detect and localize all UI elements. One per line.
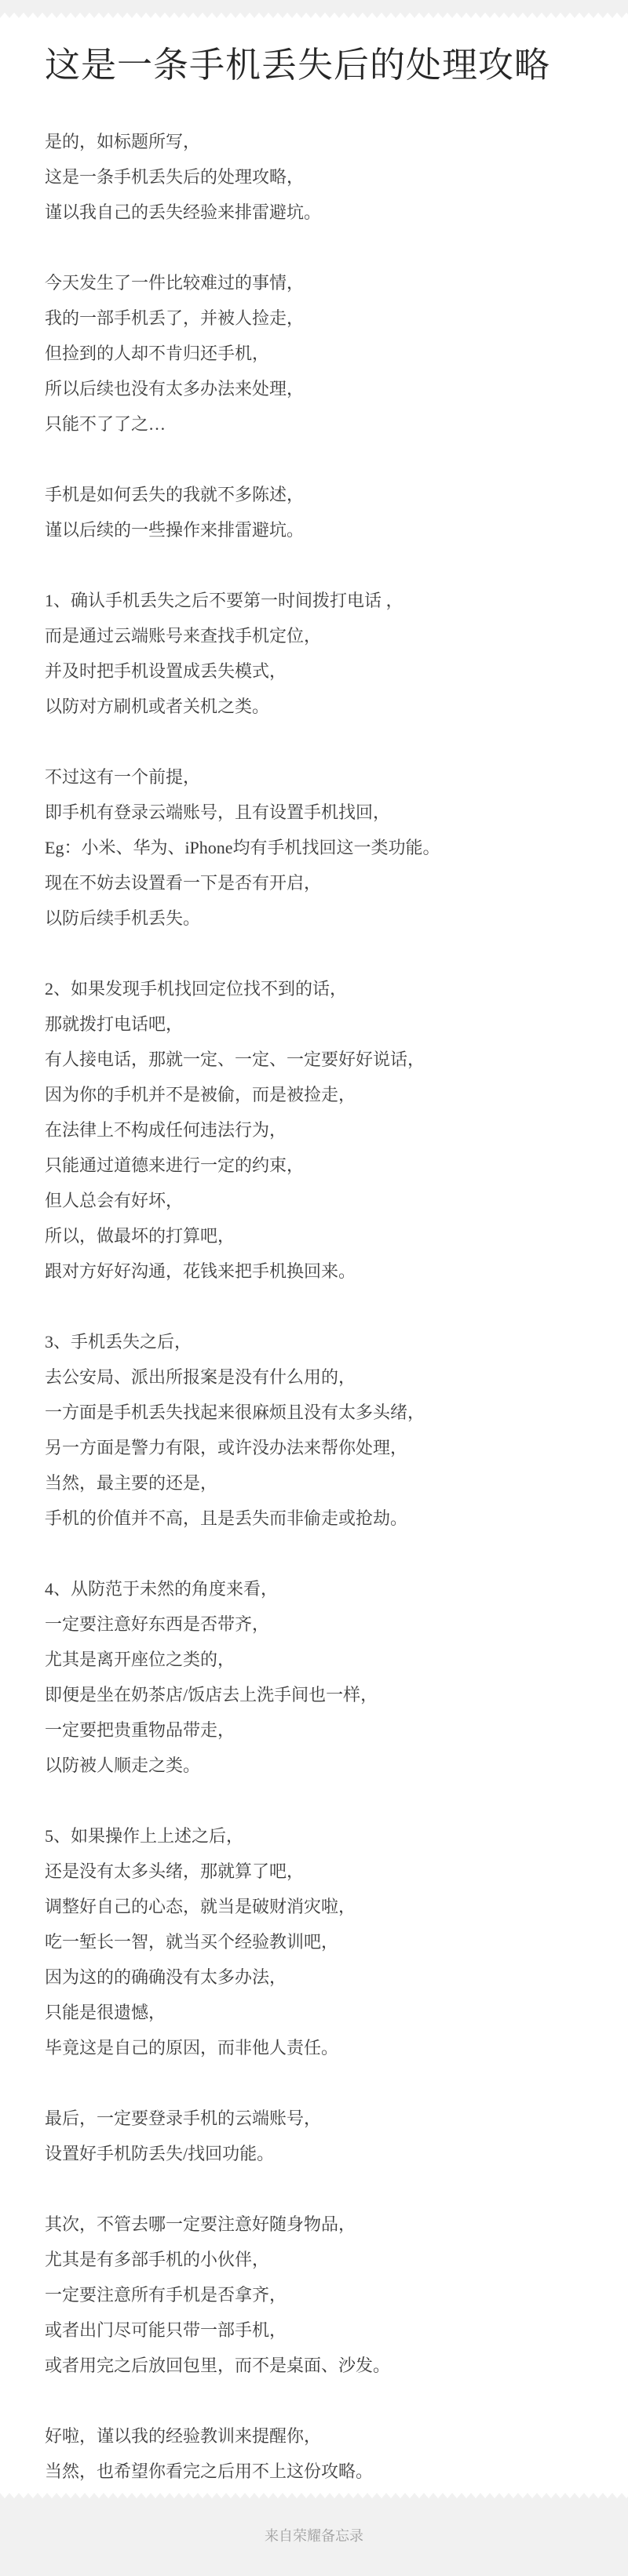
paragraph: 手机是如何丢失的我就不多陈述，谨以后续的一些操作来排雷避坑。 xyxy=(45,477,583,548)
paragraph: 好啦，谨以我的经验教训来提醒你，当然，也希望你看完之后用不上这份攻略。 xyxy=(45,2418,583,2489)
memo-page: 这是一条手机丢失后的处理攻略 是的，如标题所写，这是一条手机丢失后的处理攻略，谨… xyxy=(0,0,628,2576)
text-line: 并及时把手机设置成丢失模式， xyxy=(45,653,583,689)
torn-edge-bottom-teeth xyxy=(0,2493,628,2498)
text-line: 手机的价值并不高，且是丢失而非偷走或抢劫。 xyxy=(45,1501,583,1536)
text-line: 只能通过道德来进行一定的约束， xyxy=(45,1148,583,1183)
torn-edge-top xyxy=(0,13,628,18)
text-line: 只能是很遗憾， xyxy=(45,1995,583,2030)
paragraph: 1、确认手机丢失之后不要第一时间拨打电话 ，而是通过云端账号来查找手机定位，并及… xyxy=(45,583,583,724)
text-line: 所以，做最坏的打算吧， xyxy=(45,1218,583,1253)
text-line: 今天发生了一件比较难过的事情， xyxy=(45,265,583,300)
text-line: 因为这的的确确没有太多办法， xyxy=(45,1959,583,1995)
text-line: 一定要注意所有手机是否拿齐， xyxy=(45,2277,583,2312)
text-line: 吃一堑长一智，就当买个经验教训吧， xyxy=(45,1924,583,1959)
text-line: 去公安局、派出所报案是没有什么用的， xyxy=(45,1359,583,1395)
page-background-top xyxy=(0,0,628,13)
paragraph: 最后，一定要登录手机的云端账号，设置好手机防丢失/找回功能。 xyxy=(45,2101,583,2171)
text-line: 所以后续也没有太多办法来处理， xyxy=(45,371,583,406)
text-line: 好啦，谨以我的经验教训来提醒你， xyxy=(45,2418,583,2454)
text-line: 那就拨打电话吧， xyxy=(45,1006,583,1042)
text-line: 以防后续手机丢失。 xyxy=(45,901,583,936)
text-line: 2、如果发现手机找回定位找不到的话， xyxy=(45,971,583,1006)
paragraph: 3、手机丢失之后，去公安局、派出所报案是没有什么用的，一方面是手机丢失找起来很麻… xyxy=(45,1324,583,1536)
text-line: 但人总会有好坏， xyxy=(45,1183,583,1218)
text-line: 以防被人顺走之类。 xyxy=(45,1748,583,1783)
page-background-bottom: 来自荣耀备忘录 xyxy=(0,2498,628,2576)
text-line: 这是一条手机丢失后的处理攻略， xyxy=(45,159,583,195)
paragraph: 今天发生了一件比较难过的事情，我的一部手机丢了，并被人捡走，但捡到的人却不肯归还… xyxy=(45,265,583,442)
note-card: 这是一条手机丢失后的处理攻略 是的，如标题所写，这是一条手机丢失后的处理攻略，谨… xyxy=(0,18,628,2493)
text-line: 在法律上不构成任何违法行为， xyxy=(45,1112,583,1148)
text-line: 只能不了了之… xyxy=(45,406,583,442)
text-line: 3、手机丢失之后， xyxy=(45,1324,583,1359)
text-line: 尤其是有多部手机的小伙伴， xyxy=(45,2242,583,2277)
text-line: 手机是如何丢失的我就不多陈述， xyxy=(45,477,583,512)
text-line: 或者用完之后放回包里，而不是桌面、沙发。 xyxy=(45,2348,583,2383)
text-line: 当然，也希望你看完之后用不上这份攻略。 xyxy=(45,2454,583,2489)
paragraph: 不过这有一个前提，即手机有登录云端账号，且有设置手机找回，Eg：小米、华为、iP… xyxy=(45,759,583,936)
text-line: 有人接电话，那就一定、一定、一定要好好说话， xyxy=(45,1042,583,1077)
text-line: 一定要注意好东西是否带齐， xyxy=(45,1606,583,1642)
paragraph: 4、从防范于未然的角度来看，一定要注意好东西是否带齐，尤其是离开座位之类的，即便… xyxy=(45,1571,583,1783)
text-line: 我的一部手机丢了，并被人捡走， xyxy=(45,300,583,336)
memo-title: 这是一条手机丢失后的处理攻略 xyxy=(45,43,583,87)
text-line: 5、如果操作上上述之后， xyxy=(45,1818,583,1854)
text-line: 现在不妨去设置看一下是否有开启， xyxy=(45,865,583,901)
text-line: 不过这有一个前提， xyxy=(45,759,583,795)
text-line: 另一方面是警力有限，或许没办法来帮你处理， xyxy=(45,1430,583,1465)
text-line: 即便是坐在奶茶店/饭店去上洗手间也一样， xyxy=(45,1677,583,1712)
text-line: 4、从防范于未然的角度来看， xyxy=(45,1571,583,1606)
text-line: 以防对方刷机或者关机之类。 xyxy=(45,689,583,724)
text-line: 一定要把贵重物品带走， xyxy=(45,1712,583,1748)
text-line: 而是通过云端账号来查找手机定位， xyxy=(45,618,583,653)
memo-body: 是的，如标题所写，这是一条手机丢失后的处理攻略，谨以我自己的丢失经验来排雷避坑。… xyxy=(45,124,583,2489)
text-line: 最后，一定要登录手机的云端账号， xyxy=(45,2101,583,2136)
text-line: 是的，如标题所写， xyxy=(45,124,583,159)
text-line: 当然，最主要的还是， xyxy=(45,1465,583,1501)
paragraph: 5、如果操作上上述之后，还是没有太多头绪，那就算了吧，调整好自己的心态，就当是破… xyxy=(45,1818,583,2065)
memo-source-label: 来自荣耀备忘录 xyxy=(0,2498,628,2545)
text-line: 谨以我自己的丢失经验来排雷避坑。 xyxy=(45,195,583,230)
text-line: 1、确认手机丢失之后不要第一时间拨打电话 ， xyxy=(45,583,583,618)
text-line: 调整好自己的心态，就当是破财消灾啦， xyxy=(45,1889,583,1924)
paragraph: 是的，如标题所写，这是一条手机丢失后的处理攻略，谨以我自己的丢失经验来排雷避坑。 xyxy=(45,124,583,230)
text-line: 尤其是离开座位之类的， xyxy=(45,1642,583,1677)
torn-edge-top-teeth xyxy=(0,13,628,18)
text-line: 谨以后续的一些操作来排雷避坑。 xyxy=(45,512,583,548)
text-line: 设置好手机防丢失/找回功能。 xyxy=(45,2136,583,2171)
text-line: 毕竟这是自己的原因，而非他人责任。 xyxy=(45,2030,583,2065)
text-line: 一方面是手机丢失找起来很麻烦且没有太多头绪， xyxy=(45,1395,583,1430)
text-line: 还是没有太多头绪，那就算了吧， xyxy=(45,1854,583,1889)
text-line: 即手机有登录云端账号，且有设置手机找回， xyxy=(45,795,583,830)
text-line: 但捡到的人却不肯归还手机， xyxy=(45,336,583,371)
text-line: 或者出门尽可能只带一部手机， xyxy=(45,2312,583,2348)
paragraph: 其次，不管去哪一定要注意好随身物品，尤其是有多部手机的小伙伴，一定要注意所有手机… xyxy=(45,2207,583,2383)
text-line: Eg：小米、华为、iPhone均有手机找回这一类功能。 xyxy=(45,830,583,865)
text-line: 因为你的手机并不是被偷，而是被捡走， xyxy=(45,1077,583,1112)
text-line: 其次，不管去哪一定要注意好随身物品， xyxy=(45,2207,583,2242)
paragraph: 2、如果发现手机找回定位找不到的话，那就拨打电话吧，有人接电话，那就一定、一定、… xyxy=(45,971,583,1289)
text-line: 跟对方好好沟通，花钱来把手机换回来。 xyxy=(45,1253,583,1289)
torn-edge-bottom xyxy=(0,2493,628,2498)
